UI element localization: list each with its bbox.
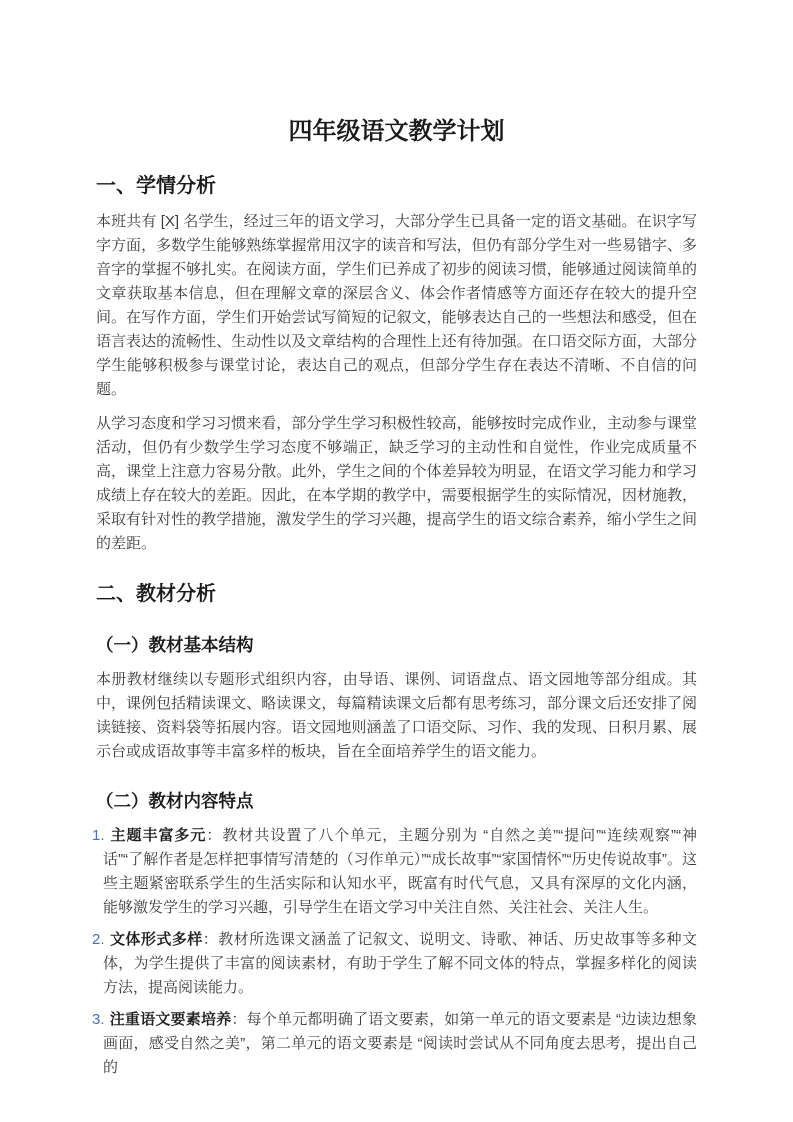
subsection-2-1-heading: （一）教材基本结构 — [96, 632, 697, 658]
section-1-heading: 一、学情分析 — [96, 172, 697, 200]
textbook-features-list: 1.主题丰富多元：教材共设置了八个单元，主题分别为 “自然之美”“提问”“连续观… — [96, 824, 697, 1080]
document-title: 四年级语文教学计划 — [96, 116, 697, 148]
subsection-2-1-paragraph: 本册教材继续以专题形式组织内容，由导语、课例、词语盘点、语文园地等部分组成。其中… — [96, 668, 697, 764]
section-2-heading: 二、教材分析 — [96, 580, 697, 608]
list-item-1-label: 主题丰富多元 — [110, 827, 207, 844]
list-item-theme: 1.主题丰富多元：教材共设置了八个单元，主题分别为 “自然之美”“提问”“连续观… — [96, 824, 697, 920]
list-item-2-label: 文体形式多样 — [110, 931, 203, 948]
list-item-genre: 2.文体形式多样：教材所选课文涵盖了记叙文、说明文、诗歌、神话、历史故事等多种文… — [96, 928, 697, 1000]
list-item-1-number: 1. — [92, 827, 105, 844]
section-1-paragraph-2: 从学习态度和学习习惯来看，部分学生学习积极性较高，能够按时完成作业，主动参与课堂… — [96, 412, 697, 556]
subsection-2-2-heading: （二）教材内容特点 — [96, 788, 697, 814]
document-page: 四年级语文教学计划 一、学情分析 本班共有 [X] 名学生，经过三年的语文学习，… — [0, 0, 793, 1122]
section-1-paragraph-1: 本班共有 [X] 名学生，经过三年的语文学习，大部分学生已具备一定的语文基础。在… — [96, 210, 697, 402]
list-item-3-number: 3. — [92, 1011, 105, 1028]
list-item-2-number: 2. — [92, 931, 105, 948]
list-item-elements: 3.注重语文要素培养：每个单元都明确了语文要素，如第一单元的语文要素是 “边读边… — [96, 1008, 697, 1080]
list-item-3-label: 注重语文要素培养 — [110, 1011, 232, 1028]
